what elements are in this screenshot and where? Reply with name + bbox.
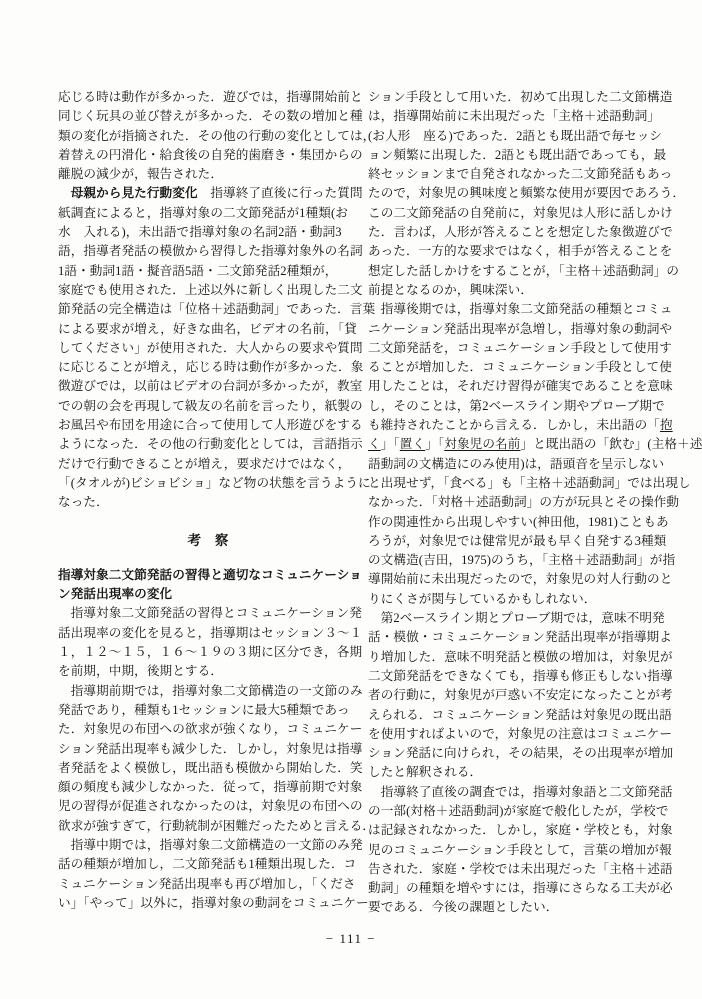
text-segment: た．対象児の布団への欲求が強くなり，コミュニケー [58,722,362,736]
text-segment: 語動詞の文構造にのみ使用)は，語頭音を呈示しない [368,457,664,471]
text-segment: 話の種類が増加し，二文節発話も1種類出現した．コ [58,857,356,871]
text-segment: 導開始前に未出現だったので，対象児の対人行動のと [368,572,672,586]
text-segment: 」「 [381,437,400,451]
text-segment: 指導期前期では，指導対象二文節構造の一文節のみ [58,684,363,698]
text-segment: での朝の会を再現して級友の名前を言ったり，紙製の [58,399,363,413]
text-segment: ることが増加した．コミュニケーション手段として使 [368,360,672,374]
text-segment: 児のコミュニケーション手段として，言葉の増加が報 [368,843,672,857]
text-segment: と出現せず，「食べる」も「主格＋述語動詞」では出現し [368,476,691,490]
text-line: も維持されたことから言える．しかし，未出語の「抱 [368,416,668,435]
text-line: 動詞」の種類を増やすには，指導にさらなる工夫が必 [368,879,668,898]
text-line: ション発話出現率も減少した．しかし，対象児は指導 [58,740,358,759]
text-segment: ニケーション発話出現率が急増し，指導対象の動詞や [368,322,672,336]
text-segment: り増加した．意味不明発話と模倣の増加は，対象児が [368,650,673,664]
text-segment: 者の行動に，対象児が戸惑い不安定になったことが考 [368,688,673,702]
text-segment: 指導対象二文節発話の習得とコミュニケーション発 [58,606,362,620]
text-segment: ション手段として用いた．初めて出現した二文節構造 [368,90,672,104]
text-line: ョン頻繁に出現した．2語とも既出語であっても，最 [368,146,668,165]
text-line: (お人形 座る)であった．2語とも既出語で毎セッシ [368,127,668,146]
text-line: 指導中期では，指導対象二文節構造の一文節のみ発 [58,836,358,855]
text-line: 導開始前に未出現だったので，対象児の対人行動のと [368,570,668,589]
text-line: 二文節発話を，コミュニケーション手段として使用す [368,339,668,358]
text-segment: 徴遊びでは，以前はビデオの台詞が多かったが，教室 [58,379,362,393]
text-line: く」「置く」「対象児の名前」と既出語の「飲む」(主格＋述 [368,435,668,454]
text-line: 児の習得が促進されなかったのは，対象児の布団への [58,797,358,816]
text-segment: を使用すればよいので，対象児の注意はコミュニケー [368,727,672,741]
text-segment: 発話であり，種類も1セッションに最大5種類であっ [58,703,350,717]
text-segment: (お人形 座る)であった．2語とも既出語で毎セッシ [368,129,662,143]
text-segment: の一部(対格＋述語動詞)が家庭で般化したが，学校で [368,804,669,818]
text-segment: りにくさが関与しているかもしれない． [368,592,597,606]
text-segment: 告された．家庭・学校では未出現だった「主格＋述語 [368,862,673,876]
text-line: 告された．家庭・学校では未出現だった「主格＋述語 [368,860,668,879]
text-segment: 用したことは，それだけ習得が確実であることを意味 [368,379,673,393]
text-segment: 指導対象二文節発話の習得と適切なコミュニケーショ [58,568,362,582]
text-segment: 応じる時は動作が多かった．遊びでは，指導開始前と [58,90,363,104]
text-line: りにくさが関与しているかもしれない． [368,590,668,609]
text-line: 想定した話しかけをすることが，「主格＋述語動詞」の [368,262,668,281]
text-line: 類の変化が指摘された．その他の行動の変化としては， [58,127,358,146]
text-line: ろうが，対象児では健常児が最も早く自発する3種類 [368,532,668,551]
text-line: 節発話の完全構造は「位格＋述語動詞」であった．言葉 [58,300,358,319]
text-segment [58,186,71,200]
text-line: し，そのことは，第2ベースライン期やプローブ期で [368,397,668,416]
text-line: 指導対象二文節発話の習得とコミュニケーション発 [58,604,358,623]
text-line: １，１２～１５，１６～１９の３期に区分でき，各期 [58,643,358,662]
text-line: 用したことは，それだけ習得が確実であることを意味 [368,377,668,396]
text-line: 指導対象二文節発話の習得と適切なコミュニケーショ [58,566,358,585]
underlined-term: 対象児の名前 [444,437,520,451]
text-segment: 欲求が強すぎて，行動統制が困難だったためと言える． [58,819,375,833]
text-segment: お風呂や布団を用途に合って使用して人形遊びをする [58,418,363,432]
text-line: たので，対象児の興味度と頻繁な使用が要因であろう． [368,184,668,203]
text-segment: 指導中期では，指導対象二文節構造の一文節のみ発 [58,838,363,852]
text-line: 語動詞の文構造にのみ使用)は，語頭音を呈示しない [368,455,668,474]
text-segment: 同じく玩具の並び替えが多かった．その数の増加と種 [58,109,363,123]
text-segment: 水 入れる)，未出語で指導対象の名詞2語・動詞3 [58,225,342,239]
text-line: だけで行動できることが増え，要求だけではなく， [58,455,358,474]
text-line: 水 入れる)，未出語で指導対象の名詞2語・動詞3 [58,223,358,242]
text-segment: た．言わば，人形が答えることを想定した象徴遊びで [368,225,673,239]
text-line: 指導終了直後の調査では，指導対象語と二文節発話 [368,783,668,802]
text-segment: 顔の頻度も減少しなかった．従って，指導前期で対象 [58,780,362,794]
text-segment: ようになった．その他の行動変化としては，言語指示 [58,437,363,451]
discussion-paragraph-2: ション手段として用いた．初めて出現した二文節構造は，指導開始前に未出現だった「主… [368,88,668,300]
text-segment: してください」が使用された．大人からの要求や質問 [58,341,363,355]
text-line: ン発話出現率の変化 [58,585,358,604]
text-line: 話の種類が増加し，二文節発話も1種類出現した．コ [58,855,358,874]
text-segment: たので，対象児の興味度と頻繁な使用が要因であろう． [368,186,685,200]
text-line: 者発話をよく模倣し，既出語も模倣から開始した．笑 [58,759,358,778]
discussion-paragraph-1: 指導対象二文節発話の習得とコミュニケーション発話出現率の変化を見ると，指導期はセ… [58,604,358,913]
text-line: してください」が使用された．大人からの要求や質問 [58,339,358,358]
text-line: での朝の会を再現して級友の名前を言ったり，紙製の [58,397,358,416]
text-line: は記録されなかった．しかし，家庭・学校とも，対象 [368,821,668,840]
text-line: 終セッションまで自発されなかった二文節発話もあっ [368,165,668,184]
text-line: 二文節発話をできなくても，指導も修正もしない指導 [368,667,668,686]
text-line: したと解釈される． [368,763,668,782]
text-segment: 終セッションまで自発されなかった二文節発話もあっ [368,167,672,181]
text-segment: 家庭でも使用された．上述以外に新しく出現した二文 [58,283,363,297]
text-line: ニケーション発話出現率が急増し，指導対象の動詞や [368,320,668,339]
text-line: に応じることが増え，応じる時は動作が多かった．象 [58,358,358,377]
text-segment: 二文節発話を，コミュニケーション手段として使用す [368,341,672,355]
bold-run-in-heading: 母親から見た行動変化 [71,186,198,200]
text-segment: ろうが，対象児では健常児が最も早く自発する3種類 [368,534,666,548]
text-segment: し，そのことは，第2ベースライン期やプローブ期で [368,399,665,413]
text-segment: この二文節発話の自発前に，対象児は人形に話しかけ [368,206,673,220]
text-segment: 話出現率の変化を見ると，指導期はセッション３～１ [58,626,362,640]
text-segment: 第2ベースライン期とプローブ期では，意味不明発 [368,611,665,625]
text-segment: 話・模倣・コミュニケーション発話出現率が指導期よ [368,630,672,644]
text-segment: の文構造(吉田，1975)のうち，「主格＋述語動詞」が指 [368,553,675,567]
text-line: と出現せず，「食べる」も「主格＋述語動詞」では出現し [368,474,668,493]
text-line: ようになった．その他の行動変化としては，言語指示 [58,435,358,454]
text-line: を使用すればよいので，対象児の注意はコミュニケー [368,725,668,744]
text-segment: 考 察 [187,533,228,548]
text-segment: 着替えの円滑化・給食後の自発的歯磨き・集団からの [58,148,363,162]
text-line: り増加した．意味不明発話と模倣の増加は，対象児が [368,648,668,667]
text-line: 欲求が強すぎて，行動統制が困難だったためと言える． [58,817,358,836]
text-segment: も維持されたことから言える．しかし，未出語の「 [368,418,660,432]
text-segment: ミュニケーション発話出現率も再び増加し，「くださ [58,877,356,891]
text-segment: あった．一方的な要求ではなく，相手が答えることを [368,244,672,258]
text-line: 発話であり，種類も1セッションに最大5種類であっ [58,701,358,720]
text-line: 指導後期では，指導対象二文節発話の種類とコミュ [368,300,668,319]
text-segment: 指導終了直後に行った質問 [198,186,363,200]
text-segment: 想定した話しかけをすることが，「主格＋述語動詞」の [368,264,679,278]
text-segment: 二文節発話をできなくても，指導も修正もしない指導 [368,669,673,683]
text-line: た．言わば，人形が答えることを想定した象徴遊びで [368,223,668,242]
right-column: ション手段として用いた．初めて出現した二文節構造は，指導開始前に未出現だった「主… [368,88,668,918]
text-line: お風呂や布団を用途に合って使用して人形遊びをする [58,416,358,435]
text-line: なった． [58,493,358,512]
text-segment: 1語・動詞1語・擬音語5語・二文節発話2種類が， [58,264,337,278]
text-segment: なかった．「対格＋述語動詞」の方が玩具とその操作動 [368,495,679,509]
text-line: 考 察 [58,531,358,550]
left-column: 応じる時は動作が多かった．遊びでは，指導開始前と同じく玩具の並び替えが多かった．… [58,88,358,913]
text-line: 着替えの円滑化・給食後の自発的歯磨き・集団からの [58,146,358,165]
text-segment: 」と既出語の「飲む」(主格＋述 [520,437,702,451]
discussion-heading: 考 察 [58,531,358,550]
text-line: 顔の頻度も減少しなかった．従って，指導前期で対象 [58,778,358,797]
text-segment: ン発話出現率の変化 [58,587,172,601]
text-segment: 指導後期では，指導対象二文節発話の種類とコミュ [368,302,672,316]
paper-page: 応じる時は動作が多かった．遊びでは，指導開始前と同じく玩具の並び替えが多かった．… [0,0,702,999]
text-segment: 「(タオルが)ビショビショ」など物の状態を言うように [58,476,371,490]
text-line: の一部(対格＋述語動詞)が家庭で般化したが，学校で [368,802,668,821]
text-segment: は記録されなかった．しかし，家庭・学校とも，対象 [368,823,673,837]
text-line: ション手段として用いた．初めて出現した二文節構造 [368,88,668,107]
text-segment: 指導終了直後の調査では，指導対象語と二文節発話 [368,785,673,799]
text-segment: 語，指導者発話の模倣から習得した指導対象外の名詞 [58,244,363,258]
subsection-heading: 指導対象二文節発話の習得と適切なコミュニケーション発話出現率の変化 [58,566,358,605]
discussion-paragraph-4: 第2ベースライン期とプローブ期では，意味不明発話・模倣・コミュニケーション発話出… [368,609,668,783]
underlined-term: 抱 [660,418,673,432]
text-line: 同じく玩具の並び替えが多かった．その数の増加と種 [58,107,358,126]
text-line: 「(タオルが)ビショビショ」など物の状態を言うように [58,474,358,493]
text-line: 母親から見た行動変化 指導終了直後に行った質問 [58,184,358,203]
text-line: ることが増加した．コミュニケーション手段として使 [368,358,668,377]
text-segment: 紙調査によると，指導対象の二文節発話が1種類(お [58,206,348,220]
text-line: 話・模倣・コミュニケーション発話出現率が指導期よ [368,628,668,647]
text-segment: 前提となるのか，興味深い． [368,283,533,297]
text-segment: だけで行動できることが増え，要求だけではなく， [58,457,350,471]
text-line: を前期，中期，後期とする． [58,662,358,681]
text-line: い」「やって」以外に，指導対象の動詞をコミュニケー [58,894,358,913]
text-segment: は，指導開始前に未出現だった「主格＋述語動詞」 [368,109,660,123]
text-segment: を前期，中期，後期とする． [58,664,223,678]
text-segment: による要求が増え，好きな曲名，ビデオの名前，「貸 [58,322,357,336]
text-segment: 要である．今後の課題としたい． [368,900,558,914]
text-line: 話出現率の変化を見ると，指導期はセッション３～１ [58,624,358,643]
text-segment: 節発話の完全構造は「位格＋述語動詞」であった．言葉 [58,302,375,316]
text-line: 前提となるのか，興味深い． [368,281,668,300]
text-segment: ョン頻繁に出現した．2語とも既出語であっても，最 [368,148,666,162]
underlined-term: 置く [400,437,425,451]
text-segment: なった． [58,495,109,509]
text-line: による要求が増え，好きな曲名，ビデオの名前，「貸 [58,320,358,339]
text-segment: 者発話をよく模倣し，既出語も模倣から開始した．笑 [58,761,363,775]
text-line: 指導期前期では，指導対象二文節構造の一文節のみ [58,682,358,701]
text-line: えられる．コミュニケーション発話は対象児の既出語 [368,706,668,725]
text-segment: ション発話に向けられ，その結果，その出現率が増加 [368,746,673,760]
text-line: 離脱の減少が，報告された． [58,165,358,184]
discussion-paragraph-3: 指導後期では，指導対象二文節発話の種類とコミュニケーション発話出現率が急増し，指… [368,300,668,609]
discussion-paragraph-5: 指導終了直後の調査では，指導対象語と二文節発話の一部(対格＋述語動詞)が家庭で般… [368,783,668,918]
text-line: ミュニケーション発話出現率も再び増加し，「くださ [58,875,358,894]
text-segment: 作の関連性から出現しやすい(神田他，1981)こともあ [368,515,669,529]
text-line: 徴遊びでは，以前はビデオの台詞が多かったが，教室 [58,377,358,396]
text-segment: 類の変化が指摘された．その他の行動の変化としては， [58,129,375,143]
text-line: あった．一方的な要求ではなく，相手が答えることを [368,242,668,261]
text-line: は，指導開始前に未出現だった「主格＋述語動詞」 [368,107,668,126]
page-number: − 111 − [0,931,702,947]
text-line: 児のコミュニケーション手段として，言葉の増加が報 [368,841,668,860]
text-line: 紙調査によると，指導対象の二文節発話が1種類(お [58,204,358,223]
text-line: の文構造(吉田，1975)のうち，「主格＋述語動詞」が指 [368,551,668,570]
behavior-change-paragraph: 応じる時は動作が多かった．遊びでは，指導開始前と同じく玩具の並び替えが多かった．… [58,88,358,513]
text-line: 家庭でも使用された．上述以外に新しく出現した二文 [58,281,358,300]
text-line: 第2ベースライン期とプローブ期では，意味不明発 [368,609,668,628]
text-segment: に応じることが増え，応じる時は動作が多かった．象 [58,360,363,374]
text-segment: １，１２～１５，１６～１９の３期に区分でき，各期 [58,645,362,659]
text-segment: 」「 [425,437,444,451]
text-line: なかった．「対格＋述語動詞」の方が玩具とその操作動 [368,493,668,512]
text-line: 者の行動に，対象児が戸惑い不安定になったことが考 [368,686,668,705]
text-line: 1語・動詞1語・擬音語5語・二文節発話2種類が， [58,262,358,281]
text-segment: 児の習得が促進されなかったのは，対象児の布団への [58,799,363,813]
text-segment: えられる．コミュニケーション発話は対象児の既出語 [368,708,672,722]
text-segment: ション発話出現率も減少した．しかし，対象児は指導 [58,742,362,756]
text-line: た．対象児の布団への欲求が強くなり，コミュニケー [58,720,358,739]
text-segment: 離脱の減少が，報告された． [58,167,223,181]
text-line: この二文節発話の自発前に，対象児は人形に話しかけ [368,204,668,223]
text-segment: したと解釈される． [368,765,482,779]
underlined-term: く [368,437,381,451]
text-line: 応じる時は動作が多かった．遊びでは，指導開始前と [58,88,358,107]
text-line: 要である．今後の課題としたい． [368,898,668,917]
text-segment: い」「やって」以外に，指導対象の動詞をコミュニケー [58,896,369,910]
text-line: 作の関連性から出現しやすい(神田他，1981)こともあ [368,513,668,532]
text-line: ション発話に向けられ，その結果，その出現率が増加 [368,744,668,763]
text-segment: 動詞」の種類を増やすには，指導にさらなる工夫が必 [368,881,673,895]
text-line: 語，指導者発話の模倣から習得した指導対象外の名詞 [58,242,358,261]
